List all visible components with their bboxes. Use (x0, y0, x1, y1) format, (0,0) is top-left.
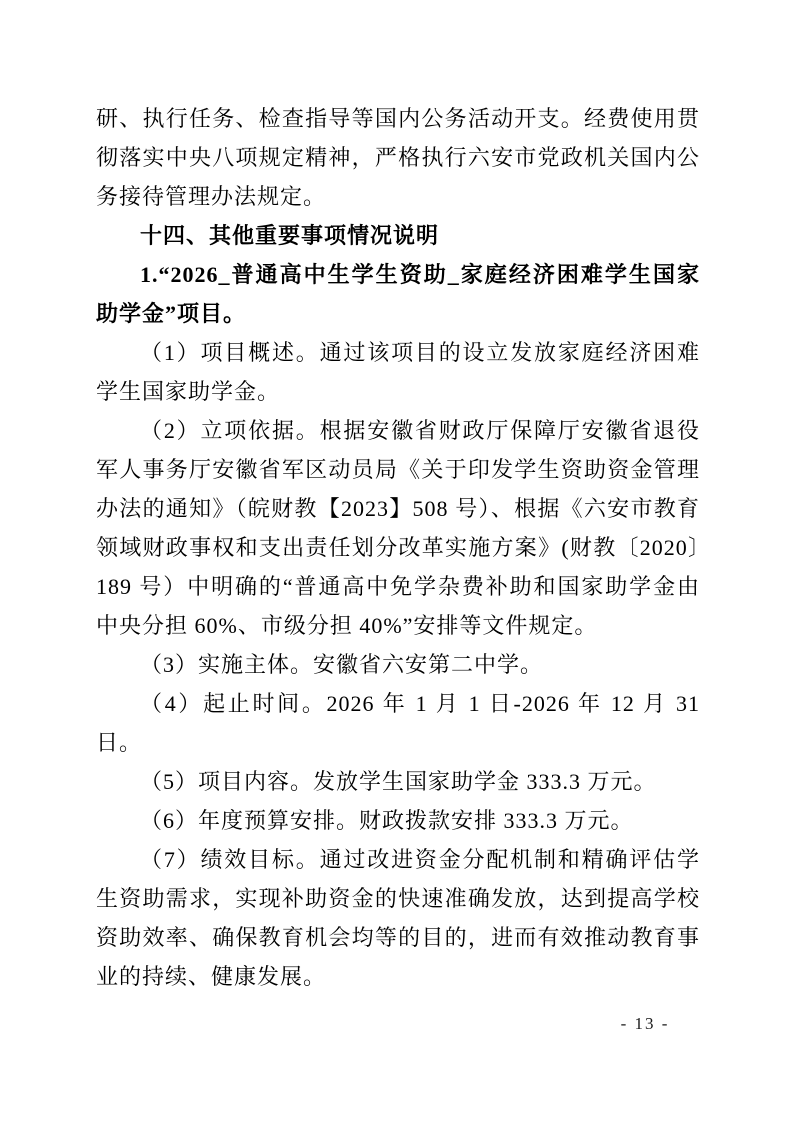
paragraph: （5）项目内容。发放学生国家助学金 333.3 万元。 (96, 762, 700, 801)
paragraph: （3）实施主体。安徽省六安第二中学。 (96, 645, 700, 684)
paragraph: 研、执行任务、检查指导等国内公务活动开支。经费使用贯彻落实中央八项规定精神，严格… (96, 99, 700, 216)
paragraph: （6）年度预算安排。财政拨款安排 333.3 万元。 (96, 801, 700, 840)
project-title: 1.“2026_普通高中生学生资助_家庭经济困难学生国家助学金”项目。 (96, 255, 700, 333)
text-content: 研、执行任务、检查指导等国内公务活动开支。经费使用贯彻落实中央八项规定精神，严格… (96, 99, 700, 996)
document-body: 研、执行任务、检查指导等国内公务活动开支。经费使用贯彻落实中央八项规定精神，严格… (96, 99, 700, 996)
page-number: - 13 - (610, 1014, 680, 1034)
paragraph: （2）立项依据。根据安徽省财政厅保障厅安徽省退役军人事务厅安徽省军区动员局《关于… (96, 411, 700, 645)
document-page: 研、执行任务、检查指导等国内公务活动开支。经费使用贯彻落实中央八项规定精神，严格… (0, 0, 793, 1122)
paragraph: （7）绩效目标。通过改进资金分配机制和精确评估学生资助需求，实现补助资金的快速准… (96, 840, 700, 996)
paragraph: （1）项目概述。通过该项目的设立发放家庭经济困难学生国家助学金。 (96, 333, 700, 411)
section-heading: 十四、其他重要事项情况说明 (96, 216, 700, 255)
paragraph: （4）起止时间。2026 年 1 月 1 日-2026 年 12 月 31 日。 (96, 684, 700, 762)
